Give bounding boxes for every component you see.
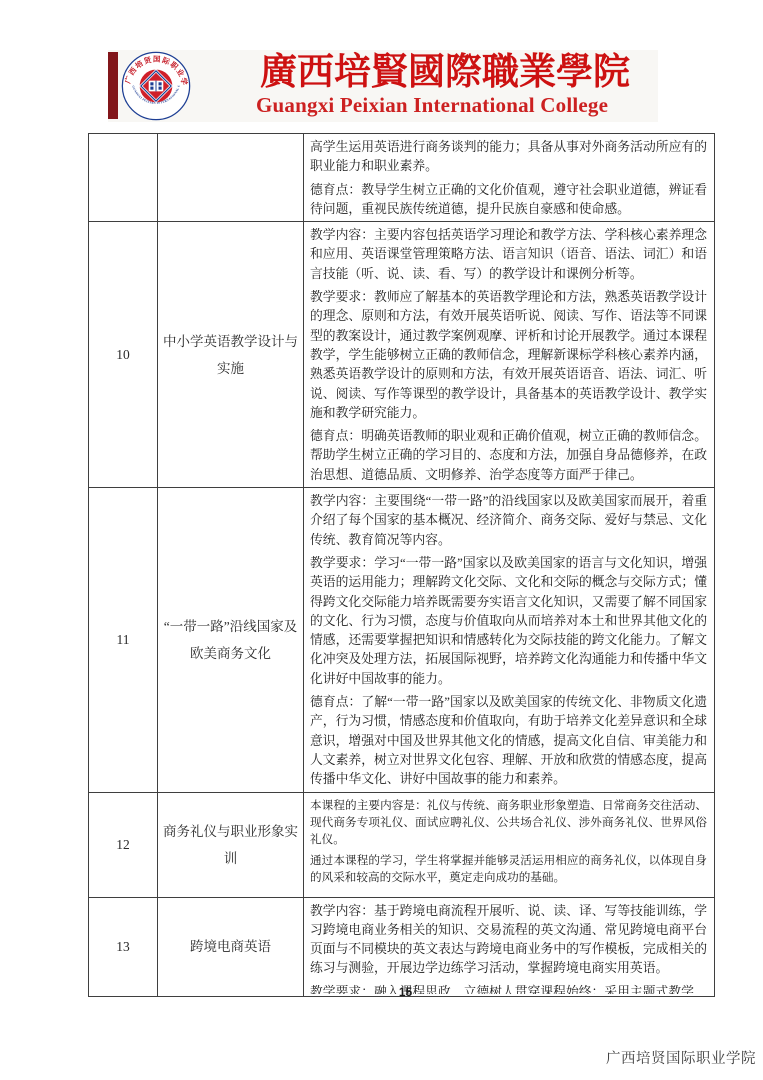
table-row: 13 跨境电商英语 教学内容：基于跨境电商流程开展听、说、读、译、写等技能训练，… [89,897,715,996]
course-number-cell: 11 [89,488,158,792]
table-row: 高学生运用英语进行商务谈判的能力；具备从事对外商务活动所应有的职业能力和职业素养… [89,134,715,222]
course-name-cell: 中小学英语教学设计与实施 [158,222,304,488]
course-number-cell: 10 [89,222,158,488]
desc-paragraph: 德育点：教导学生树立正确的文化价值观，遵守社会职业道德，辨证看待问题，重视民族传… [310,181,707,220]
college-seal-logo: 广西培贤国际职业学院 GUANGXI PEIXIAN INTERNATIONAL… [121,51,191,121]
desc-paragraph: 通过本课程的学习，学生将掌握并能够灵活运用相应的商务礼仪，以体现自身的风采和较高… [310,852,707,886]
course-name-cell: 商务礼仪与职业形象实训 [158,792,304,897]
course-name-cell [158,134,304,222]
header-red-strip [108,52,118,119]
desc-paragraph: 德育点：了解“一带一路”国家以及欧美国家的传统文化、非物质文化遗产，行为习惯，情… [310,693,707,789]
document-page: 广西培贤国际职业学院 GUANGXI PEIXIAN INTERNATIONAL… [0,0,763,1080]
desc-paragraph: 教学内容：主要内容包括英语学习理论和教学方法、学科核心素养理念和应用、英语课堂管… [310,226,707,284]
open-book-icon [149,81,164,92]
course-desc-cell: 教学内容：主要内容包括英语学习理论和教学方法、学科核心素养理念和应用、英语课堂管… [304,222,715,488]
page-number: 15 [24,985,763,999]
course-number-cell: 13 [89,897,158,996]
desc-paragraph: 教学内容：主要围绕“一带一路”的沿线国家以及欧美国家而展开，着重介绍了每个国家的… [310,492,707,550]
footer-watermark: 广西培贤国际职业学院 [606,1047,756,1068]
table-row: 12 商务礼仪与职业形象实训 本课程的主要内容是：礼仪与传统、商务职业形象塑造、… [89,792,715,897]
college-name-english: Guangxi Peixian International College [256,93,608,118]
desc-paragraph: 教学内容：基于跨境电商流程开展听、说、读、译、写等技能训练，学习跨境电商业务相关… [310,902,707,979]
course-number-cell [89,134,158,222]
desc-paragraph: 本课程的主要内容是：礼仪与传统、商务职业形象塑造、日常商务交往活动、现代商务专项… [310,797,707,849]
desc-paragraph: 德育点：明确英语教师的职业观和正确价值观，树立正确的教师信念。帮助学生树立正确的… [310,427,707,485]
desc-paragraph: 教学要求：学习“一带一路”国家以及欧美国家的语言与文化知识，增强英语的运用能力；… [310,554,707,689]
course-desc-cell: 高学生运用英语进行商务谈判的能力；具备从事对外商务活动所应有的职业能力和职业素养… [304,134,715,222]
course-name-cell: “一带一路”沿线国家及欧美商务文化 [158,488,304,792]
table-row: 10 中小学英语教学设计与实施 教学内容：主要内容包括英语学习理论和教学方法、学… [89,222,715,488]
desc-paragraph: 教学要求：教师应了解基本的英语教学理论和方法，熟悉英语教学设计的理念、原则和方法… [310,288,707,423]
college-header-banner: 广西培贤国际职业学院 GUANGXI PEIXIAN INTERNATIONAL… [108,50,658,122]
desc-paragraph: 高学生运用英语进行商务谈判的能力；具备从事对外商务活动所应有的职业能力和职业素养… [310,138,707,177]
course-number-cell: 12 [89,792,158,897]
course-desc-cell: 教学内容：主要围绕“一带一路”的沿线国家以及欧美国家而展开，着重介绍了每个国家的… [304,488,715,792]
course-desc-cell: 教学内容：基于跨境电商流程开展听、说、读、译、写等技能训练，学习跨境电商业务相关… [304,897,715,996]
course-desc-cell: 本课程的主要内容是：礼仪与传统、商务职业形象塑造、日常商务交往活动、现代商务专项… [304,792,715,897]
table-row: 11 “一带一路”沿线国家及欧美商务文化 教学内容：主要围绕“一带一路”的沿线国… [89,488,715,792]
page-break-clip: 教学内容：基于跨境电商流程开展听、说、读、译、写等技能训练，学习跨境电商业务相关… [310,902,707,994]
course-description-table: 高学生运用英语进行商务谈判的能力；具备从事对外商务活动所应有的职业能力和职业素养… [88,133,715,997]
college-name-chinese: 廣西培賢國際職業學院 [260,50,630,92]
course-name-cell: 跨境电商英语 [158,897,304,996]
